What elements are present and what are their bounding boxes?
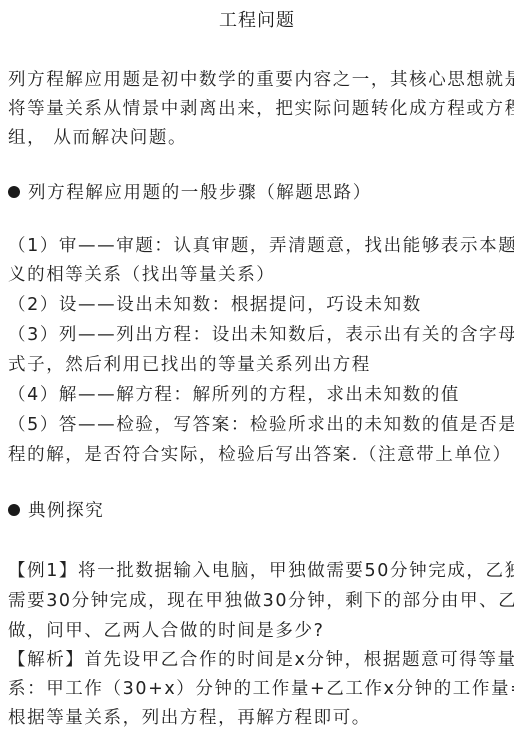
analysis-line: 根据等量关系，列出方程，再解方程即可。	[8, 707, 508, 729]
intro-line: 组， 从而解决问题。	[8, 127, 508, 149]
section-heading-text: 典例探究	[28, 501, 104, 521]
step-3-line: 式子，然后利用已找出的等量关系列出方程	[8, 354, 508, 376]
section-heading-text: 列方程解应用题的一般步骤（解题思路）	[28, 183, 372, 203]
analysis-line: 【解析】首先设甲乙合作的时间是x分钟，根据题意可得等量关	[8, 649, 508, 671]
step-2-line: （2）设——设出未知数：根据提问，巧设未知数	[8, 294, 508, 316]
step-5-line: 程的解，是否符合实际，检验后写出答案.（注意带上单位）	[8, 444, 508, 466]
step-3-line: （3）列——列出方程：设出未知数后，表示出有关的含字母的	[8, 324, 508, 346]
example-line: 【例1】将一批数据输入电脑，甲独做需要50分钟完成，乙独做	[8, 560, 508, 582]
bullet-icon	[8, 186, 20, 198]
analysis-line: 系：甲工作（30+x）分钟的工作量+乙工作x分钟的工作量=1,	[8, 678, 508, 700]
page-title: 工程问题	[0, 8, 514, 34]
step-4-line: （4）解——解方程：解所列的方程，求出未知数的值	[8, 384, 508, 406]
example-line: 需要30分钟完成，现在甲独做30分钟，剩下的部分由甲、乙合	[8, 590, 508, 612]
step-5-line: （5）答——检验，写答案：检验所求出的未知数的值是否是方	[8, 414, 508, 436]
step-1-line: （1）审——审题：认真审题，弄清题意，找出能够表示本题含	[8, 235, 508, 257]
intro-line: 列方程解应用题是初中数学的重要内容之一，其核心思想就是	[8, 69, 508, 91]
intro-line: 将等量关系从情景中剥离出来，把实际问题转化成方程或方程	[8, 98, 508, 120]
bullet-icon	[8, 504, 20, 516]
example-line: 做，问甲、乙两人合做的时间是多少?	[8, 620, 508, 642]
step-1-line: 义的相等关系（找出等量关系）	[8, 264, 508, 286]
section-heading-steps: 列方程解应用题的一般步骤（解题思路）	[8, 182, 508, 204]
section-heading-examples: 典例探究	[8, 500, 508, 522]
